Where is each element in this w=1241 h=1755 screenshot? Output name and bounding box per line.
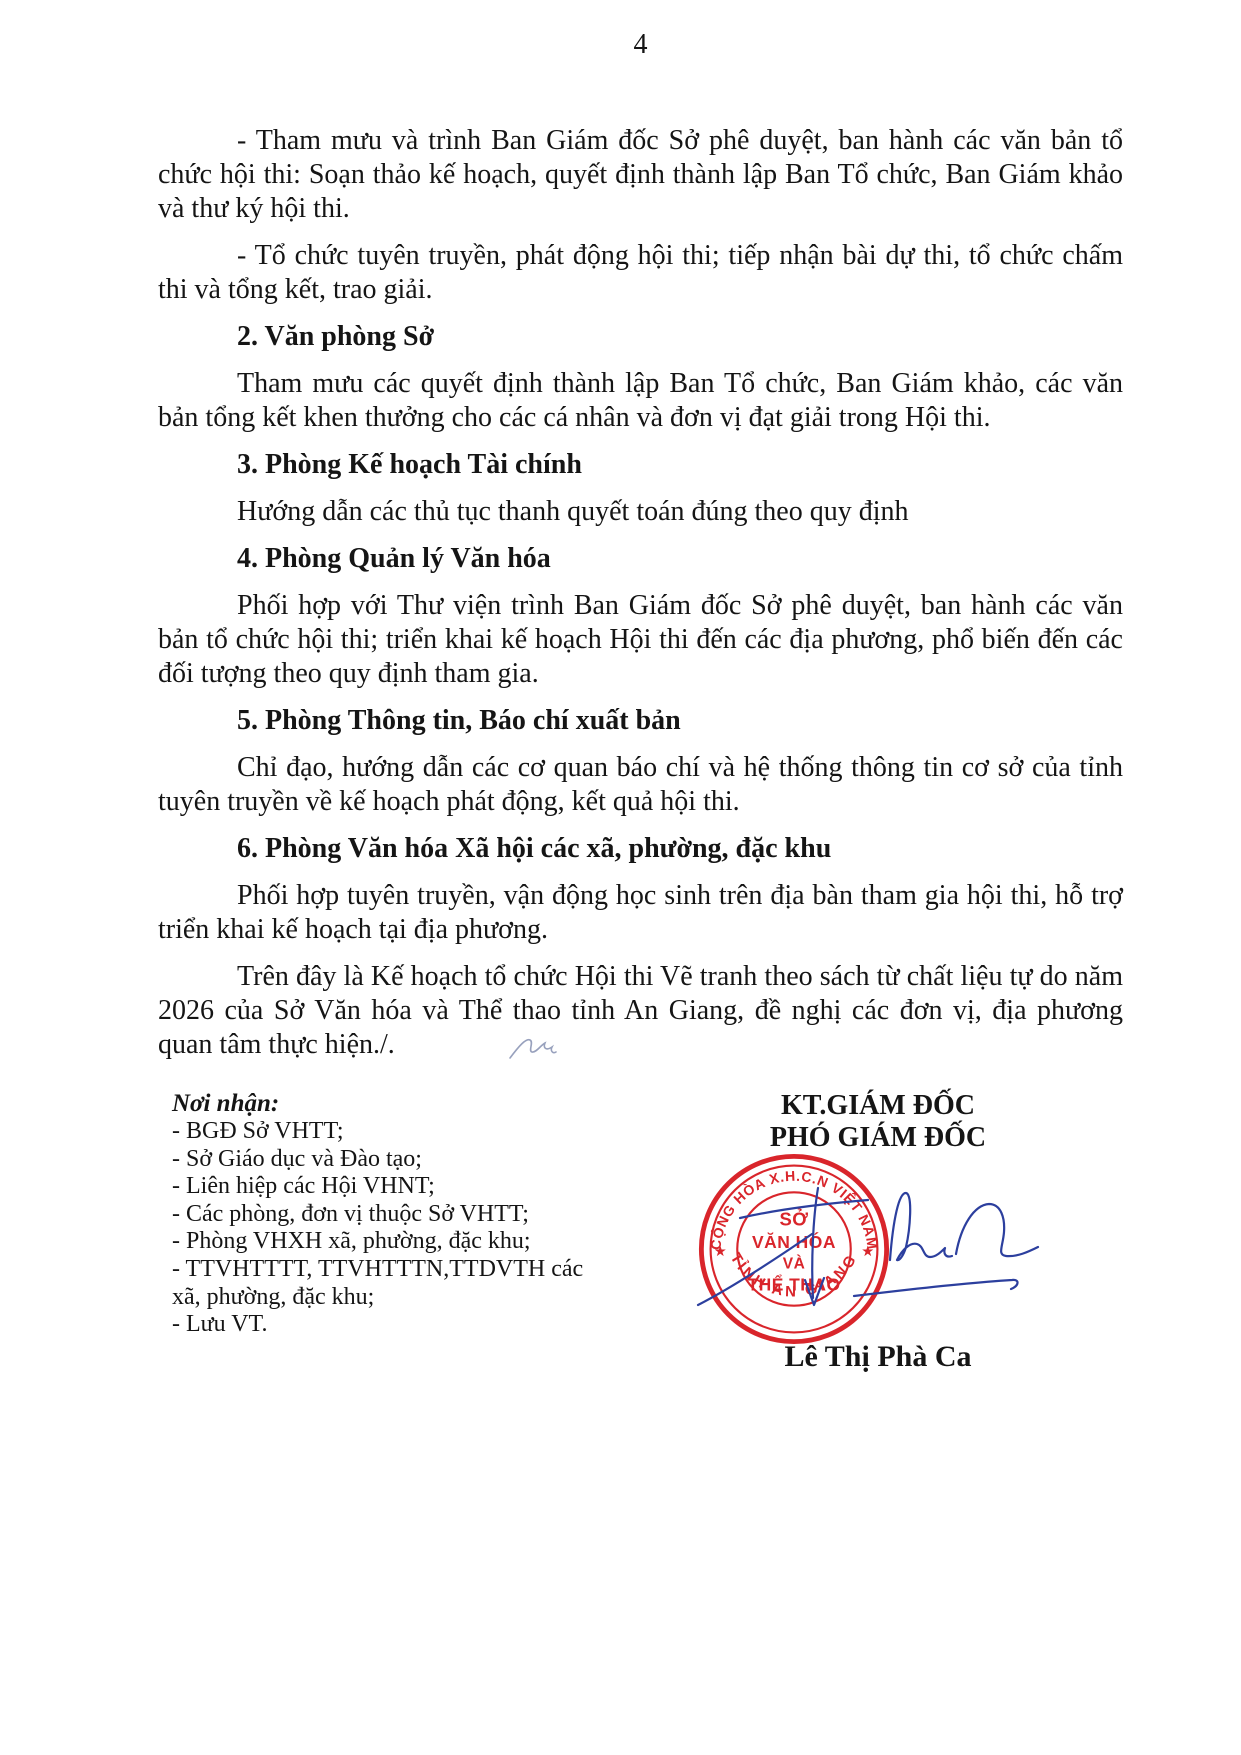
page-number: 4	[158, 28, 1123, 62]
document-body: - Tham mưu và trình Ban Giám đốc Sở phê …	[158, 124, 1123, 1062]
body-paragraph: Phối hợp tuyên truyền, vận động học sinh…	[158, 879, 1123, 947]
section-heading: 5. Phòng Thông tin, Báo chí xuất bản	[158, 704, 1123, 738]
body-paragraph: Phối hợp với Thư viện trình Ban Giám đốc…	[158, 589, 1123, 691]
body-paragraph: - Tham mưu và trình Ban Giám đốc Sở phê …	[158, 124, 1123, 226]
page-content: 4 - Tham mưu và trình Ban Giám đốc Sở ph…	[158, 0, 1123, 1510]
signature-stroke	[740, 1200, 868, 1218]
recipient-item: - Các phòng, đơn vị thuộc Sở VHTT;	[172, 1201, 602, 1229]
recipient-item: - Phòng VHXH xã, phường, đặc khu;	[172, 1228, 602, 1256]
recipient-item: - Sở Giáo dục và Đào tạo;	[172, 1146, 602, 1174]
paraph-stroke	[510, 1040, 556, 1058]
recipients-label: Nơi nhận:	[172, 1090, 602, 1118]
signer-title-line1: KT.GIÁM ĐỐC	[658, 1090, 1098, 1122]
stamp-and-signature-zone: CỘNG HÒA X.H.C.N VIỆT NAM TỈNH AN GIANG …	[658, 1154, 1098, 1340]
signer-title-line2: PHÓ GIÁM ĐỐC	[658, 1122, 1098, 1154]
body-paragraph: Trên đây là Kế hoạch tổ chức Hội thi Vẽ …	[158, 960, 1123, 1062]
recipient-item: - Liên hiệp các Hội VHNT;	[172, 1173, 602, 1201]
document-footer: Nơi nhận: - BGĐ Sở VHTT; - Sở Giáo dục v…	[158, 1090, 1123, 1510]
signature-stroke	[805, 1278, 824, 1305]
document-page: 4 - Tham mưu và trình Ban Giám đốc Sở ph…	[0, 0, 1241, 1755]
body-paragraph: Hướng dẫn các thủ tục thanh quyết toán đ…	[158, 495, 1123, 529]
section-heading: 3. Phòng Kế hoạch Tài chính	[158, 448, 1123, 482]
section-heading: 2. Văn phòng Sở	[158, 320, 1123, 354]
signature-stroke	[956, 1204, 1038, 1256]
section-heading: 4. Phòng Quản lý Văn hóa	[158, 542, 1123, 576]
recipient-item: - TTVHTTTT, TTVHTTTN,TTDVTH các xã, phườ…	[172, 1256, 602, 1311]
signature-stroke	[698, 1234, 812, 1305]
initials-paraph-mark	[505, 1024, 560, 1064]
handwritten-signature	[640, 1158, 1110, 1343]
recipient-item: - BGĐ Sở VHTT;	[172, 1118, 602, 1146]
recipient-item: - Lưu VT.	[172, 1311, 602, 1339]
recipients-block: Nơi nhận: - BGĐ Sở VHTT; - Sở Giáo dục v…	[172, 1090, 602, 1339]
signature-stroke	[854, 1280, 1018, 1296]
body-paragraph: - Tổ chức tuyên truyền, phát động hội th…	[158, 239, 1123, 307]
signature-block: KT.GIÁM ĐỐC PHÓ GIÁM ĐỐC CỘNG HÒA X.H.C.…	[658, 1090, 1098, 1374]
body-paragraph: Chỉ đạo, hướng dẫn các cơ quan báo chí v…	[158, 751, 1123, 819]
body-paragraph: Tham mưu các quyết định thành lập Ban Tổ…	[158, 367, 1123, 435]
section-heading: 6. Phòng Văn hóa Xã hội các xã, phường, …	[158, 832, 1123, 866]
signature-stroke	[890, 1193, 952, 1260]
